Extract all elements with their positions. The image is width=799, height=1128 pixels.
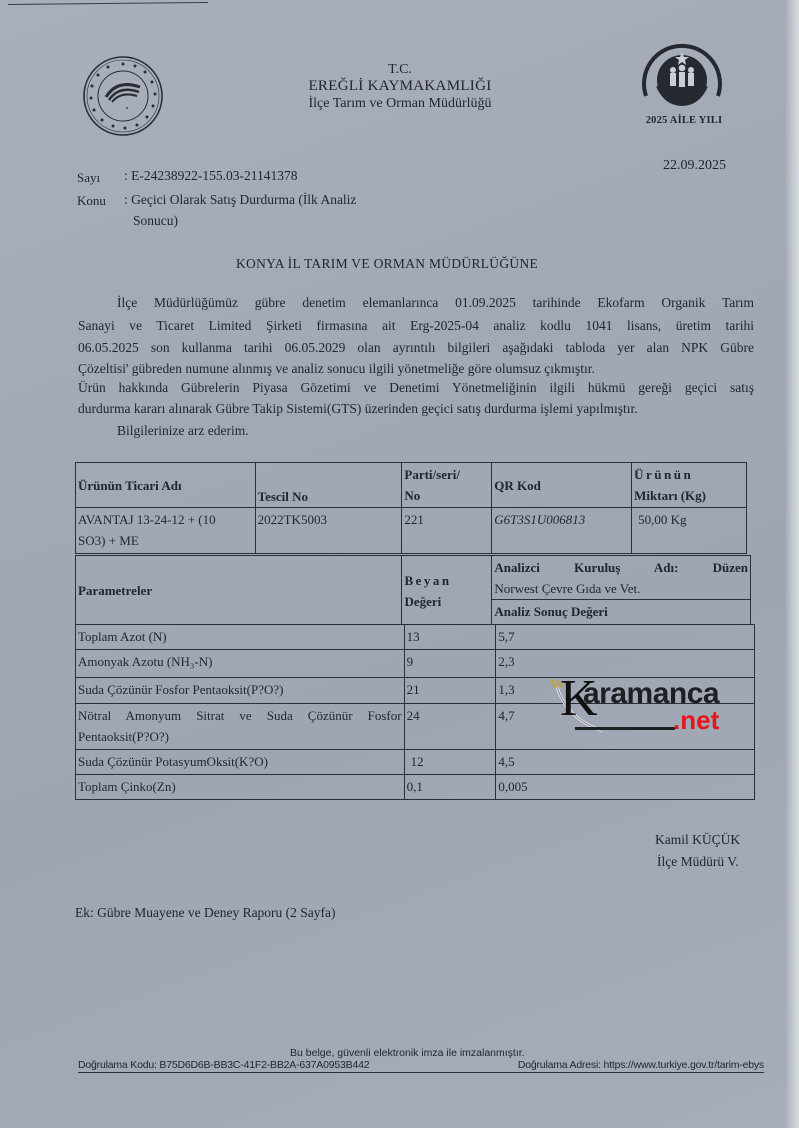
col-quantity: ÜrününMiktarı (Kg): [632, 463, 747, 508]
watermark-underline: [575, 727, 675, 730]
paper-edge: [785, 0, 799, 1128]
cell-declared: 12: [404, 750, 496, 775]
product-table-header: Ürünün Ticari Adı Tescil No Parti/seri/N…: [76, 463, 747, 508]
cell-parameter: Toplam Çinko(Zn): [76, 775, 405, 800]
watermark-tld: .net: [673, 705, 719, 736]
family-year-caption: 2025 AİLE YILI: [638, 115, 730, 126]
col-registration-no: Tescil No: [255, 463, 402, 508]
watermark-logo: K aramanca .net: [545, 675, 735, 737]
document-date: 22.09.2025: [663, 158, 726, 174]
cell-parameter: Suda Çözünür Fosfor Pentaoksit(P?O?): [76, 678, 405, 704]
cell-parameter: Toplam Azot (N): [76, 625, 405, 650]
col-trade-name: Ürünün Ticari Adı: [76, 463, 256, 508]
cell-result: 2,3: [496, 650, 755, 678]
ministry-seal-icon: [82, 55, 164, 137]
cell-parameter: Suda Çözünür PotasyumOksit(K?O): [76, 750, 405, 775]
body-line: durdurma kararı alınarak Gübre Takip Sis…: [78, 398, 754, 419]
konu-label: Konu: [77, 193, 106, 209]
cell-trade-name: AVANTAJ 13-24-12 + (10SO3) + ME: [76, 508, 256, 554]
table-row: Suda Çözünür PotasyumOksit(K?O) 12 4,5: [76, 750, 755, 775]
konu-value-line2: Sonucu): [133, 213, 178, 229]
recipient: KONYA İL TARIM VE ORMAN MÜDÜRLÜĞÜNE: [236, 256, 538, 272]
top-edge-line: [8, 2, 208, 5]
cell-declared: 0,1: [404, 775, 496, 800]
cell-registration-no: 2022TK5003: [255, 508, 402, 554]
cell-declared: 21: [404, 678, 496, 704]
lab-name: Analizci Kuruluş Adı: DüzenNorwest Çevre…: [492, 556, 751, 600]
body-line: Sanayi ve Ticaret Limited Şirketi firmas…: [78, 315, 754, 338]
e-signature-note: Bu belge, güvenli elektronik imza ile im…: [290, 1047, 525, 1059]
header-tc: T.C.: [250, 62, 550, 78]
cell-batch: 221: [402, 508, 492, 554]
cell-declared: 9: [404, 650, 496, 678]
body-line: 06.05.2025 son kullanma tarihi 06.05.202…: [78, 337, 754, 360]
verification-line: Doğrulama Kodu: B75D6D6B-BB3C-41F2-BB2A-…: [78, 1059, 764, 1073]
col-qr-code: QR Kod: [492, 463, 632, 508]
signatory-name: Kamil KÜÇÜK: [655, 832, 740, 848]
col-declared: BeyanDeğeri: [402, 556, 492, 625]
konu-value-line1: : Geçici Olarak Satış Durdurma (İlk Anal…: [124, 192, 356, 208]
cell-result: 0,005: [496, 775, 755, 800]
body-text: İlçe Müdürlüğümüz gübre denetim elemanla…: [78, 292, 754, 443]
cell-declared: 24: [404, 704, 496, 750]
cell-result: 4,5: [496, 750, 755, 775]
col-parameters: Parametreler: [76, 556, 402, 625]
table-row: Toplam Çinko(Zn) 0,1 0,005: [76, 775, 755, 800]
cell-quantity: 50,00 Kg: [632, 508, 747, 554]
cell-result: 5,7: [496, 625, 755, 650]
cell-qr-code: G6T3S1U006813: [492, 508, 632, 554]
signatory-title: İlçe Müdürü V.: [657, 854, 739, 870]
body-line: Çözeltisi' gübreden numune alınmış ve an…: [78, 360, 754, 377]
table-row: Toplam Azot (N) 13 5,7: [76, 625, 755, 650]
body-line: Ürün hakkında Gübrelerin Piyasa Gözetimi…: [78, 377, 754, 398]
table-row: Amonyak Azotu (NH₃-N) 9 2,3: [76, 650, 755, 678]
closing-line: Bilgilerinize arz ederim.: [78, 419, 754, 443]
col-result: Analiz Sonuç Değeri: [492, 600, 751, 625]
cell-declared: 13: [404, 625, 496, 650]
body-line: İlçe Müdürlüğümüz gübre denetim elemanla…: [78, 292, 754, 315]
verification-address[interactable]: Doğrulama Adresi: https://www.turkiye.go…: [518, 1059, 764, 1071]
header-district-governorship: EREĞLİ KAYMAKAMLIĞI: [250, 78, 550, 95]
sayi-value: : E-24238922-155.03-21141378: [124, 168, 297, 184]
family-year-logo-icon: [638, 38, 726, 118]
product-table: Ürünün Ticari Adı Tescil No Parti/seri/N…: [75, 462, 747, 554]
cell-parameter: Amonyak Azotu (NH₃-N): [76, 650, 405, 678]
table-row: AVANTAJ 13-24-12 + (10SO3) + ME 2022TK50…: [76, 508, 747, 554]
col-batch: Parti/seri/No: [402, 463, 492, 508]
analysis-table-header: Parametreler BeyanDeğeri Analizci Kurulu…: [75, 555, 751, 625]
header-directorate: İlçe Tarım ve Orman Müdürlüğü: [250, 96, 550, 112]
sayi-label: Sayı: [77, 170, 100, 186]
verification-code: Doğrulama Kodu: B75D6D6B-BB3C-41F2-BB2A-…: [78, 1059, 369, 1071]
attachment-note: Ek: Gübre Muayene ve Deney Raporu (2 Say…: [75, 905, 336, 921]
cell-parameter: Nötral Amonyum Sitrat ve Suda Çözünür Fo…: [76, 704, 405, 750]
